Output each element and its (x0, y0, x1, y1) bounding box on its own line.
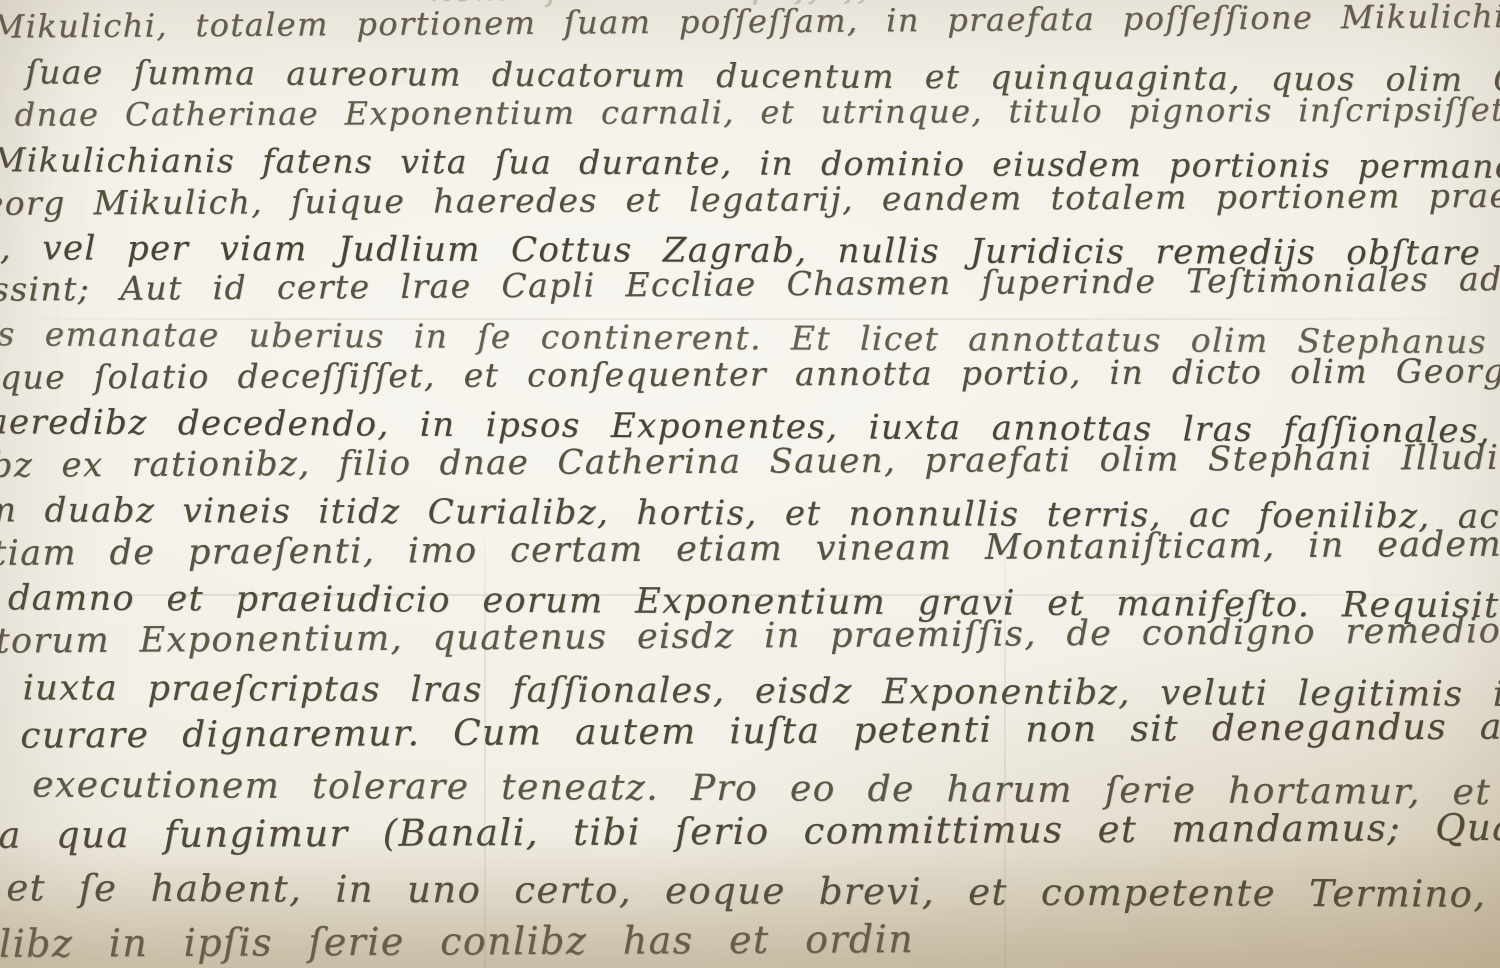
manuscript-line: q et ſe habent, in uno certo, eoque brev… (0, 866, 1500, 917)
manuscript-text-block: nem ſuam in poſſeſſione olim m b Mikulic… (0, 0, 1500, 968)
manuscript-line-bottom-clipped: ſilibz in ipſis ſerie conlibz has et ord… (0, 917, 914, 966)
manuscript-photo: nem ſuam in poſſeſſione olim m b Mikulic… (0, 0, 1500, 968)
manuscript-line: dia qua fungimur (Banali, tibi ſerio com… (0, 804, 1500, 857)
manuscript-line: quibz ex rationibz, filio dnae Catherina… (0, 436, 1500, 486)
manuscript-line: ri curare dignaremur. Cum autem iuſta pe… (0, 704, 1500, 757)
manuscript-line: b Mikulichi, totalem portionem ſuam poſſ… (0, 0, 1500, 46)
manuscript-line: absque ſolatio deceſſiſſet, et conſequen… (0, 350, 1500, 397)
manuscript-line: tae dnae Catherinae Exponentium carnali,… (0, 89, 1500, 134)
